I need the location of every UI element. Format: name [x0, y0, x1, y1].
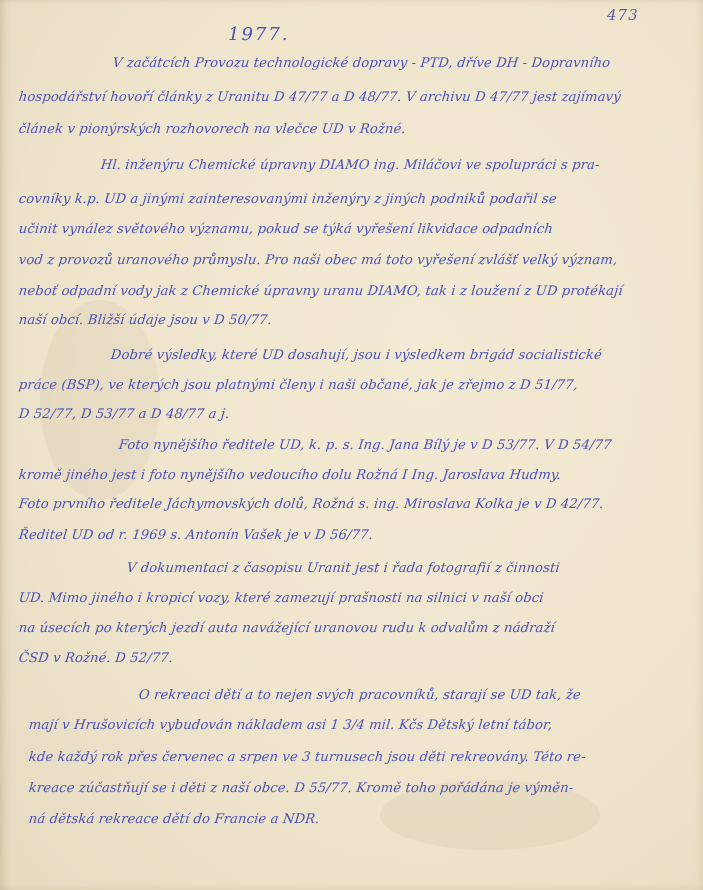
text-line: Hl. inženýru Chemické úpravny DIAMO ing.…: [100, 158, 600, 173]
text-line: neboť odpadní vody jak z Chemické úpravn…: [18, 284, 623, 299]
text-line: ná dětská rekreace dětí do Francie a NDR…: [28, 812, 320, 827]
text-line: Ředitel UD od r. 1969 s. Antonín Vašek j…: [18, 528, 374, 543]
text-line: Dobré výsledky, které UD dosahují, jsou …: [110, 348, 603, 363]
text-line: mají v Hrušovicích vybudován nákladem as…: [28, 718, 553, 733]
text-line: hospodářství hovoří články z Uranitu D 4…: [18, 90, 621, 105]
text-line: kde každý rok přes červenec a srpen ve 3…: [28, 750, 586, 765]
text-line: vod z provozů uranového průmyslu. Pro na…: [18, 253, 618, 268]
text-line: Foto nynějšího ředitele UD, k. p. s. Ing…: [118, 438, 612, 453]
text-line: článek v pionýrských rozhovorech na vleč…: [18, 122, 407, 137]
text-line: naší obcí. Bližší údaje jsou v D 50/77.: [18, 313, 273, 328]
text-line: ČSD v Rožné. D 52/77.: [18, 651, 174, 666]
chronicle-page: 473 1977. V začátcích Provozu technologi…: [0, 0, 703, 890]
text-line: na úsecích po kterých jezdí auta navážej…: [18, 621, 556, 636]
text-line: V začátcích Provozu technologické doprav…: [112, 56, 611, 71]
page-number: 473: [607, 6, 639, 24]
text-line: Foto prvního ředitele Jáchymovských dolů…: [18, 497, 604, 512]
text-line: kreace zúčastňují se i děti z naší obce.…: [28, 781, 574, 796]
text-line: kromě jiného jest i foto nynějšího vedou…: [18, 468, 562, 483]
text-line: UD. Mimo jiného i kropicí vozy, které za…: [18, 591, 544, 606]
text-line: V dokumentaci z časopisu Uranit jest i ř…: [126, 561, 560, 576]
text-line: O rekreaci dětí a to nejen svých pracovn…: [138, 688, 582, 703]
text-line: covníky k.p. UD a jinými zainteresovaným…: [18, 192, 557, 207]
text-line: D 52/77, D 53/77 a D 48/77 a j.: [18, 407, 230, 422]
text-line: učinit vynález světového významu, pokud …: [18, 222, 554, 237]
text-line: práce (BSP), ve kterých jsou platnými čl…: [18, 378, 579, 393]
year-heading: 1977.: [228, 24, 290, 45]
